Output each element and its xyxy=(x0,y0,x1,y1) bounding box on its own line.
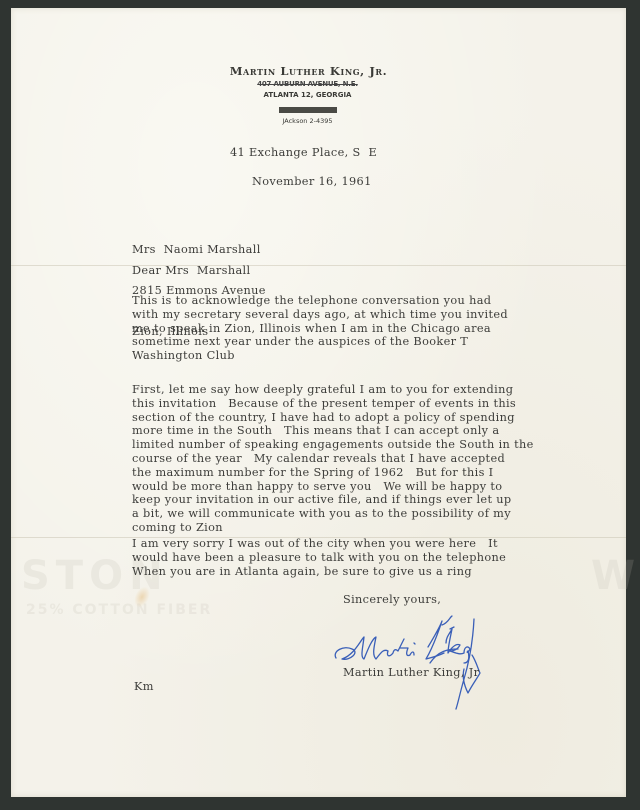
paragraph-line: would have been a pleasure to talk with … xyxy=(132,551,506,565)
paragraph-line: I am very sorry I was out of the city wh… xyxy=(132,537,506,551)
salutation: Dear Mrs Marshall xyxy=(132,264,250,278)
paragraph-line: coming to Zion xyxy=(132,521,534,535)
paragraph-line: First, let me say how deeply grateful I … xyxy=(132,383,534,397)
paragraph-line: more time in the South This means that I… xyxy=(132,424,534,438)
paragraph-line: keep your invitation in our active file,… xyxy=(132,493,534,507)
typist-initials: Km xyxy=(134,680,154,694)
paragraph-line: section of the country, I have had to ad… xyxy=(132,411,534,425)
paragraph-line: This is to acknowledge the telephone con… xyxy=(132,294,508,308)
body-paragraph-3: I am very sorry I was out of the city wh… xyxy=(132,537,506,578)
paragraph-line: Washington Club xyxy=(132,349,508,363)
signer-name: Martin Luther King, Jr xyxy=(343,666,479,680)
closing: Sincerely yours, xyxy=(343,593,441,607)
sender-address: 41 Exchange Place, S E xyxy=(230,146,377,160)
body-paragraph-2: First, let me say how deeply grateful I … xyxy=(132,383,534,535)
letterhead-name: Martin Luther King, Jr. xyxy=(0,64,626,78)
recipient-line: Mrs Naomi Marshall xyxy=(132,243,266,257)
paragraph-line: this invitation Because of the present t… xyxy=(132,397,534,411)
paragraph-line: sometime next year under the auspices of… xyxy=(132,335,508,349)
paper-watermark: 25% COTTON FIBER xyxy=(26,602,212,618)
letterhead: Martin Luther King, Jr. 407 AUBURN AVENU… xyxy=(11,64,626,125)
redaction-bar xyxy=(279,107,337,113)
paper-watermark: W xyxy=(591,553,640,599)
paragraph-line: me to speak in Zion, Illinois when I am … xyxy=(132,322,508,336)
paragraph-line: would be more than happy to serve you We… xyxy=(132,480,534,494)
letterhead-city: ATLANTA 12, GEORGIA xyxy=(0,91,626,99)
letterhead-phone: JAckson 2-4395 xyxy=(0,117,626,125)
paragraph-line: a bit, we will communicate with you as t… xyxy=(132,507,534,521)
paragraph-line: the maximum number for the Spring of 196… xyxy=(132,466,534,480)
paragraph-line: with my secretary several days ago, at w… xyxy=(132,308,508,322)
paragraph-line: When you are in Atlanta again, be sure t… xyxy=(132,565,506,579)
paragraph-line: limited number of speaking engagements o… xyxy=(132,438,534,452)
body-paragraph-1: This is to acknowledge the telephone con… xyxy=(132,294,508,363)
handwritten-signature xyxy=(330,615,510,715)
letterhead-street-struck: 407 AUBURN AVENUE, N.E. xyxy=(0,80,626,88)
paragraph-line: course of the year My calendar reveals t… xyxy=(132,452,534,466)
fold-line xyxy=(11,265,626,266)
letter-date: November 16, 1961 xyxy=(252,175,372,189)
